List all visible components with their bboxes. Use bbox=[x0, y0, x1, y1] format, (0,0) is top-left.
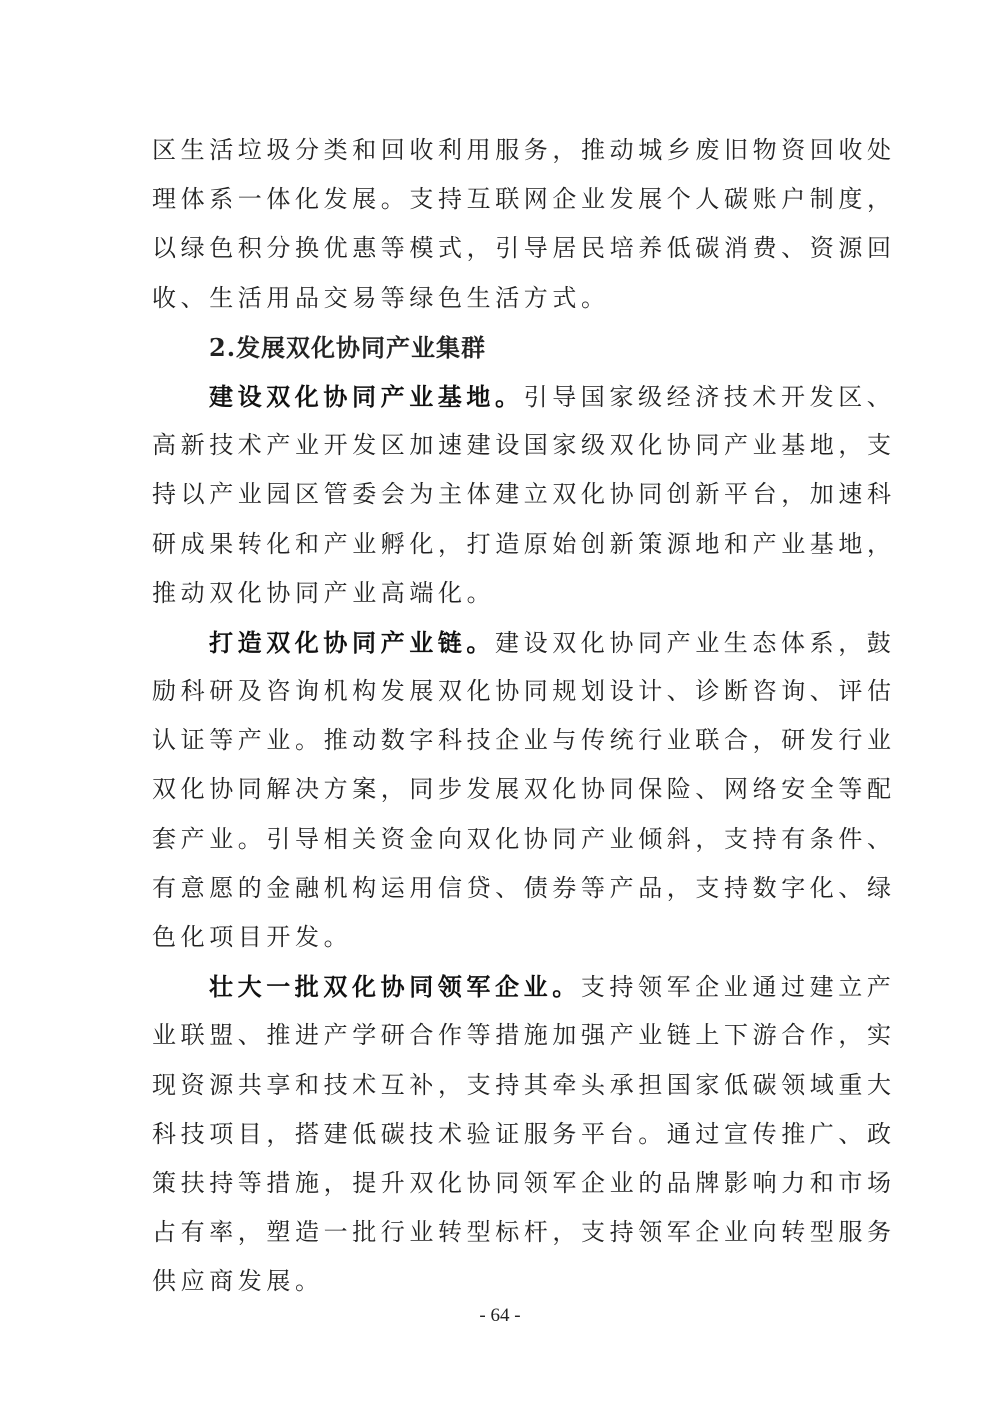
text-line: 现资源共享和技术互补，支持其牵头承担国家低碳领域重大 bbox=[152, 1061, 852, 1110]
text-line: 供应商发展。 bbox=[152, 1257, 852, 1306]
section-heading: 2.发展双化协同产业集群 bbox=[152, 323, 852, 372]
text-line: 高新技术产业开发区加速建设国家级双化协同产业基地，支 bbox=[152, 421, 852, 470]
text-line: 策扶持等措施，提升双化协同领军企业的品牌影响力和市场 bbox=[152, 1159, 852, 1208]
document-body: 区生活垃圾分类和回收利用服务，推动城乡废旧物资回收处 理体系一体化发展。支持互联… bbox=[152, 126, 852, 1307]
paragraph-waste-recycling: 区生活垃圾分类和回收利用服务，推动城乡废旧物资回收处 理体系一体化发展。支持互联… bbox=[152, 126, 852, 323]
text-span: 建设双化协同产业生态体系，鼓 bbox=[495, 629, 895, 657]
text-line: 励科研及咨询机构发展双化协同规划设计、诊断咨询、评估 bbox=[152, 667, 852, 716]
text-line: 认证等产业。推动数字科技企业与传统行业联合，研发行业 bbox=[152, 716, 852, 765]
text-line: 推动双化协同产业高端化。 bbox=[152, 569, 852, 618]
text-line: 以绿色积分换优惠等模式，引导居民培养低碳消费、资源回 bbox=[152, 224, 852, 273]
page-number: - 64 - bbox=[0, 1305, 1000, 1327]
text-span: 支持领军企业通过建立产 bbox=[581, 973, 896, 1001]
bold-lead: 壮大一批双化协同领军企业。 bbox=[209, 972, 581, 1001]
paragraph-industry-chain: 打造双化协同产业链。建设双化协同产业生态体系，鼓 励科研及咨询机构发展双化协同规… bbox=[152, 618, 852, 962]
text-line: 业联盟、推进产学研合作等措施加强产业链上下游合作，实 bbox=[152, 1011, 852, 1060]
text-line: 有意愿的金融机构运用信贷、债券等产品，支持数字化、绿 bbox=[152, 864, 852, 913]
text-span: 引导国家级经济技术开发区、 bbox=[524, 383, 896, 411]
text-line: 套产业。引导相关资金向双化协同产业倾斜，支持有条件、 bbox=[152, 815, 852, 864]
text-line: 区生活垃圾分类和回收利用服务，推动城乡废旧物资回收处 bbox=[152, 126, 852, 175]
bold-lead: 建设双化协同产业基地。 bbox=[209, 382, 524, 411]
text-line: 占有率，塑造一批行业转型标杆，支持领军企业向转型服务 bbox=[152, 1208, 852, 1257]
text-line: 打造双化协同产业链。建设双化协同产业生态体系，鼓 bbox=[152, 618, 852, 667]
text-line: 持以产业园区管委会为主体建立双化协同创新平台，加速科 bbox=[152, 470, 852, 519]
text-line: 双化协同解决方案，同步发展双化协同保险、网络安全等配 bbox=[152, 765, 852, 814]
text-line: 研成果转化和产业孵化，打造原始创新策源地和产业基地， bbox=[152, 520, 852, 569]
text-line: 建设双化协同产业基地。引导国家级经济技术开发区、 bbox=[152, 372, 852, 421]
paragraph-industrial-base: 建设双化协同产业基地。引导国家级经济技术开发区、 高新技术产业开发区加速建设国家… bbox=[152, 372, 852, 618]
text-line: 收、生活用品交易等绿色生活方式。 bbox=[152, 274, 852, 323]
bold-lead: 打造双化协同产业链。 bbox=[209, 628, 495, 657]
text-line: 色化项目开发。 bbox=[152, 913, 852, 962]
text-line: 壮大一批双化协同领军企业。支持领军企业通过建立产 bbox=[152, 962, 852, 1011]
text-line: 理体系一体化发展。支持互联网企业发展个人碳账户制度， bbox=[152, 175, 852, 224]
paragraph-leading-enterprises: 壮大一批双化协同领军企业。支持领军企业通过建立产 业联盟、推进产学研合作等措施加… bbox=[152, 962, 852, 1306]
text-line: 科技项目，搭建低碳技术验证服务平台。通过宣传推广、政 bbox=[152, 1110, 852, 1159]
